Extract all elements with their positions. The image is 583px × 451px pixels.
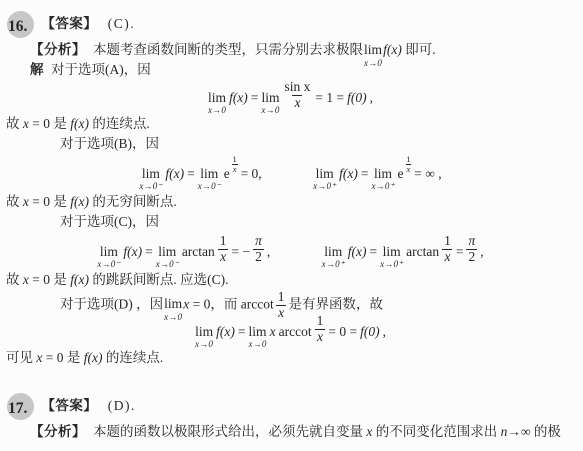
lim-subscript: x→0 xyxy=(208,106,226,115)
lim-word: lim xyxy=(195,325,213,339)
lim-subscript: x→0⁺ xyxy=(371,182,394,191)
comma: , xyxy=(480,233,483,271)
conclusion-C: 故 x = 0 是 f(x) 的跳跃间断点. 应选(C). xyxy=(6,270,575,290)
conclusion-A: 故 x = 0 是 f(x) 的连续点. xyxy=(6,114,575,134)
textbook-solution-page: 16. 【答案】 (C). 【分析】本题考查函数间断的类型，只需分别去求极限li… xyxy=(0,0,583,451)
lim-word: lim xyxy=(249,325,267,339)
denominator: x xyxy=(218,249,228,264)
limit-operator: limx→0⁻ xyxy=(198,167,221,192)
denominator: x xyxy=(292,95,302,110)
function-f0: f(0) xyxy=(347,81,367,115)
conclusion-text: = 0 是 xyxy=(29,194,70,209)
comma: , xyxy=(370,81,373,115)
lim-word: lim xyxy=(364,43,382,57)
option-A-intro: 对于选项(A)，因 xyxy=(51,62,151,77)
problem-17-solution: 17. 【答案】 (D). 【分析】本题的函数以极限形式给出，必须先就自变量 x… xyxy=(6,392,575,442)
limit-operator: limx→0⁺ xyxy=(322,245,345,270)
lim-word: lim xyxy=(316,167,334,181)
answer-label: 【答案】 xyxy=(41,16,97,31)
function-fx: f(x) xyxy=(70,194,89,209)
lim-subscript: x→0 xyxy=(364,59,382,68)
fraction-1-over-x: 1x xyxy=(218,234,229,264)
arctan-word: arctan xyxy=(182,233,215,271)
numerator: 1 xyxy=(233,155,237,164)
equals-sign: = xyxy=(361,155,369,193)
lim-word: lim xyxy=(383,245,401,259)
conclusion-text: 故 xyxy=(6,272,23,287)
limit-operator: limx→0⁺ xyxy=(380,245,403,270)
function-fx: f(x) xyxy=(229,81,248,115)
lim-subscript: x→0⁻ xyxy=(156,260,179,269)
equals-one-equals: = 1 = xyxy=(315,81,344,115)
equals-sign: = xyxy=(238,315,246,349)
numerator: sin x xyxy=(283,80,313,94)
denominator: x xyxy=(442,249,452,264)
numerator: 1 xyxy=(315,314,326,328)
n-to-infinity: n→∞ xyxy=(501,424,531,439)
equals-infinity: = ∞ , xyxy=(414,155,441,193)
lim-subscript: x→0 xyxy=(195,340,213,349)
comma: , xyxy=(383,315,386,349)
formula-group: limx→0 f(x) = limx→0 sin xx = 1 = f(0) , xyxy=(208,81,373,116)
option-D-text: 是有界函数，故 xyxy=(288,296,383,311)
lim-subscript: x→0⁺ xyxy=(380,260,403,269)
formula-group-right: limx→0⁺ f(x) = limx→0⁺ e 1x = ∞ , xyxy=(313,155,442,193)
lim-subscript: x→0⁻ xyxy=(198,182,221,191)
lim-word: lim xyxy=(142,167,160,181)
lim-word: lim xyxy=(324,245,342,259)
lim-word: lim xyxy=(200,167,218,181)
denominator: 2 xyxy=(466,249,477,264)
limit-operator: limx→0 xyxy=(164,297,182,322)
equals-zero-equals: = 0 = xyxy=(328,315,357,349)
limit-operator: limx→0⁻ xyxy=(156,245,179,270)
fraction-pi-over-2: π2 xyxy=(466,234,477,264)
answer-value: (C). xyxy=(108,16,135,31)
analysis-label: 【分析】 xyxy=(30,424,86,439)
equals-sign: = xyxy=(251,81,259,115)
conclusion-text: 的连续点. xyxy=(102,350,163,365)
exponent-fraction-1-over-x: 1x xyxy=(406,155,412,175)
formula-group-right: limx→0⁺ f(x) = limx→0⁺ arctan 1x = π2 , xyxy=(322,233,484,271)
euler-e: e xyxy=(398,155,404,193)
function-fx: f(x) xyxy=(165,155,184,193)
conclusion-text: 可见 xyxy=(6,350,36,365)
function-fx: f(x) xyxy=(123,233,142,271)
problem-16-solution: 16. 【答案】 (C). 【分析】本题考查函数间断的类型，只需分别去求极限li… xyxy=(6,10,575,368)
formula-sinx-over-x: limx→0 f(x) = limx→0 sin xx = 1 = f(0) , xyxy=(6,80,575,114)
limit-operator: limx→0 xyxy=(249,325,267,350)
formula-group-left: limx→0⁻ f(x) = limx→0⁻ arctan 1x = − π2 … xyxy=(97,233,270,271)
lim-word: lim xyxy=(100,245,118,259)
option-D-intro-line: 对于选项(D) ，因limx→0x = 0，而 arccot1x是有界函数，故 xyxy=(60,290,575,314)
conclusion-text: 故 xyxy=(6,194,23,209)
conclusion-text: = 0 是 xyxy=(42,350,83,365)
limit-operator: limx→0⁺ xyxy=(313,167,336,192)
formula-group: limx→0 f(x) = limx→0 x arccot 1x = 0 = f… xyxy=(195,315,386,350)
function-fx: f(x) xyxy=(70,116,89,131)
lim-subscript: x→0⁻ xyxy=(139,182,162,191)
limit-operator: limx→0⁻ xyxy=(97,245,120,270)
analysis-text: 的极 xyxy=(531,424,561,439)
function-fx: f(x) xyxy=(348,233,367,271)
analysis-line-16: 【分析】本题考查函数间断的类型，只需分别去求极限limx→0f(x) 即可. xyxy=(30,40,575,60)
function-fx: f(x) xyxy=(70,272,89,287)
lim-subscript: x→0 xyxy=(261,106,279,115)
conclusion-B: 故 x = 0 是 f(x) 的无穷间断点. xyxy=(6,192,575,212)
answer-label: 【答案】 xyxy=(41,398,97,413)
conclusion-text: = 0 是 xyxy=(29,116,70,131)
numerator: 1 xyxy=(442,234,453,248)
problem-number: 16. xyxy=(8,13,27,41)
answer-line-16: 16. 【答案】 (C). xyxy=(6,10,575,38)
lim-subscript: x→0⁻ xyxy=(97,260,120,269)
numerator: π xyxy=(466,234,477,248)
lim-word: lim xyxy=(158,245,176,259)
numerator: 1 xyxy=(276,290,287,304)
function-fx: f(x) xyxy=(84,350,103,365)
comma: , xyxy=(267,233,270,271)
formula-group-left: limx→0⁻ f(x) = limx→0⁻ e 1x = 0, xyxy=(139,155,261,193)
answer-line-17: 17. 【答案】 (D). xyxy=(6,392,575,420)
limit-operator: limx→0⁺ xyxy=(371,167,394,192)
numerator: 1 xyxy=(406,155,410,164)
conclusion-text: 的无穷间断点. xyxy=(89,194,177,209)
equals-sign: = xyxy=(456,233,464,271)
conclusion-text: 的连续点. xyxy=(89,116,150,131)
limit-operator: limx→0 xyxy=(195,325,213,350)
exponent-fraction-1-over-x: 1x xyxy=(232,155,238,175)
solve-label: 解 xyxy=(30,62,44,77)
problem-number: 17. xyxy=(8,395,27,423)
denominator: x xyxy=(232,164,238,174)
function-fx: f(x) xyxy=(339,155,358,193)
arctan-word: arctan xyxy=(406,233,439,271)
analysis-text-after: 即可. xyxy=(402,42,436,57)
limit-operator: limx→0⁻ xyxy=(139,167,162,192)
analysis-line-17: 【分析】本题的函数以极限形式给出，必须先就自变量 x 的不同变化范围求出 n→∞… xyxy=(30,422,575,442)
fraction-1-over-x: 1x xyxy=(442,234,453,264)
lim-word: lim xyxy=(374,167,392,181)
lim-subscript: x→0 xyxy=(164,313,182,322)
answer-value: (D). xyxy=(108,398,136,413)
conclusion-text: 的跳跃间断点. 应选(C). xyxy=(89,272,229,287)
solve-option-A-line: 解对于选项(A)，因 xyxy=(30,60,575,80)
analysis-label: 【分析】 xyxy=(30,42,86,57)
limit-operator: limx→0 xyxy=(364,43,382,68)
limit-operator: limx→0 xyxy=(208,91,226,116)
limit-operator: limx→0 xyxy=(261,91,279,116)
lim-word: lim xyxy=(208,91,226,105)
function-f0: f(0) xyxy=(360,315,380,349)
analysis-text-before: 本题考查函数间断的类型，只需分别去求极限 xyxy=(93,42,363,57)
denominator: x xyxy=(315,329,325,344)
option-C-intro-line: 对于选项(C)，因 xyxy=(60,212,575,232)
option-D-intro: 对于选项(D) ，因 xyxy=(60,296,163,311)
formula-e-power-1-over-x: limx→0⁻ f(x) = limx→0⁻ e 1x = 0, limx→0⁺… xyxy=(6,154,575,192)
lim-subscript: x→0⁺ xyxy=(313,182,336,191)
fraction-1-over-x: 1x xyxy=(315,314,326,344)
equals-minus: = − xyxy=(232,233,251,271)
option-C-intro: 对于选项(C)，因 xyxy=(60,214,159,229)
option-B-intro: 对于选项(B)，因 xyxy=(60,136,159,151)
function-fx: f(x) xyxy=(383,42,402,57)
function-fx: f(x) xyxy=(216,315,235,349)
arccot-word: arccot xyxy=(279,315,312,349)
fraction-sinx-x: sin xx xyxy=(283,80,313,110)
analysis-text: 的不同变化范围求出 xyxy=(372,424,500,439)
conclusion-text: 故 xyxy=(6,116,23,131)
lim-subscript: x→0 xyxy=(249,340,267,349)
denominator: 2 xyxy=(253,249,264,264)
option-B-intro-line: 对于选项(B)，因 xyxy=(60,134,575,154)
formula-x-arccot: limx→0 f(x) = limx→0 x arccot 1x = 0 = f… xyxy=(6,314,575,348)
variable-x: x xyxy=(270,315,276,349)
euler-e: e xyxy=(224,155,230,193)
equals-sign: = xyxy=(145,233,153,271)
option-D-text: = 0，而 arccot xyxy=(189,296,273,311)
numerator: π xyxy=(253,234,264,248)
conclusion-text: = 0 是 xyxy=(29,272,70,287)
denominator: x xyxy=(406,164,412,174)
lim-subscript: x→0⁺ xyxy=(322,260,345,269)
fraction-pi-over-2: π2 xyxy=(253,234,264,264)
equals-sign: = xyxy=(187,155,195,193)
lim-word: lim xyxy=(164,297,182,311)
lim-word: lim xyxy=(261,91,279,105)
problem-number-badge-17: 17. xyxy=(6,393,38,421)
conclusion-D: 可见 x = 0 是 f(x) 的连续点. xyxy=(6,348,575,368)
analysis-text: 本题的函数以极限形式给出，必须先就自变量 xyxy=(93,424,366,439)
formula-arctan-1-over-x: limx→0⁻ f(x) = limx→0⁻ arctan 1x = − π2 … xyxy=(6,232,575,270)
equals-sign: = xyxy=(369,233,377,271)
numerator: 1 xyxy=(218,234,229,248)
equals-zero: = 0, xyxy=(241,155,262,193)
problem-number-badge-16: 16. xyxy=(6,11,38,39)
